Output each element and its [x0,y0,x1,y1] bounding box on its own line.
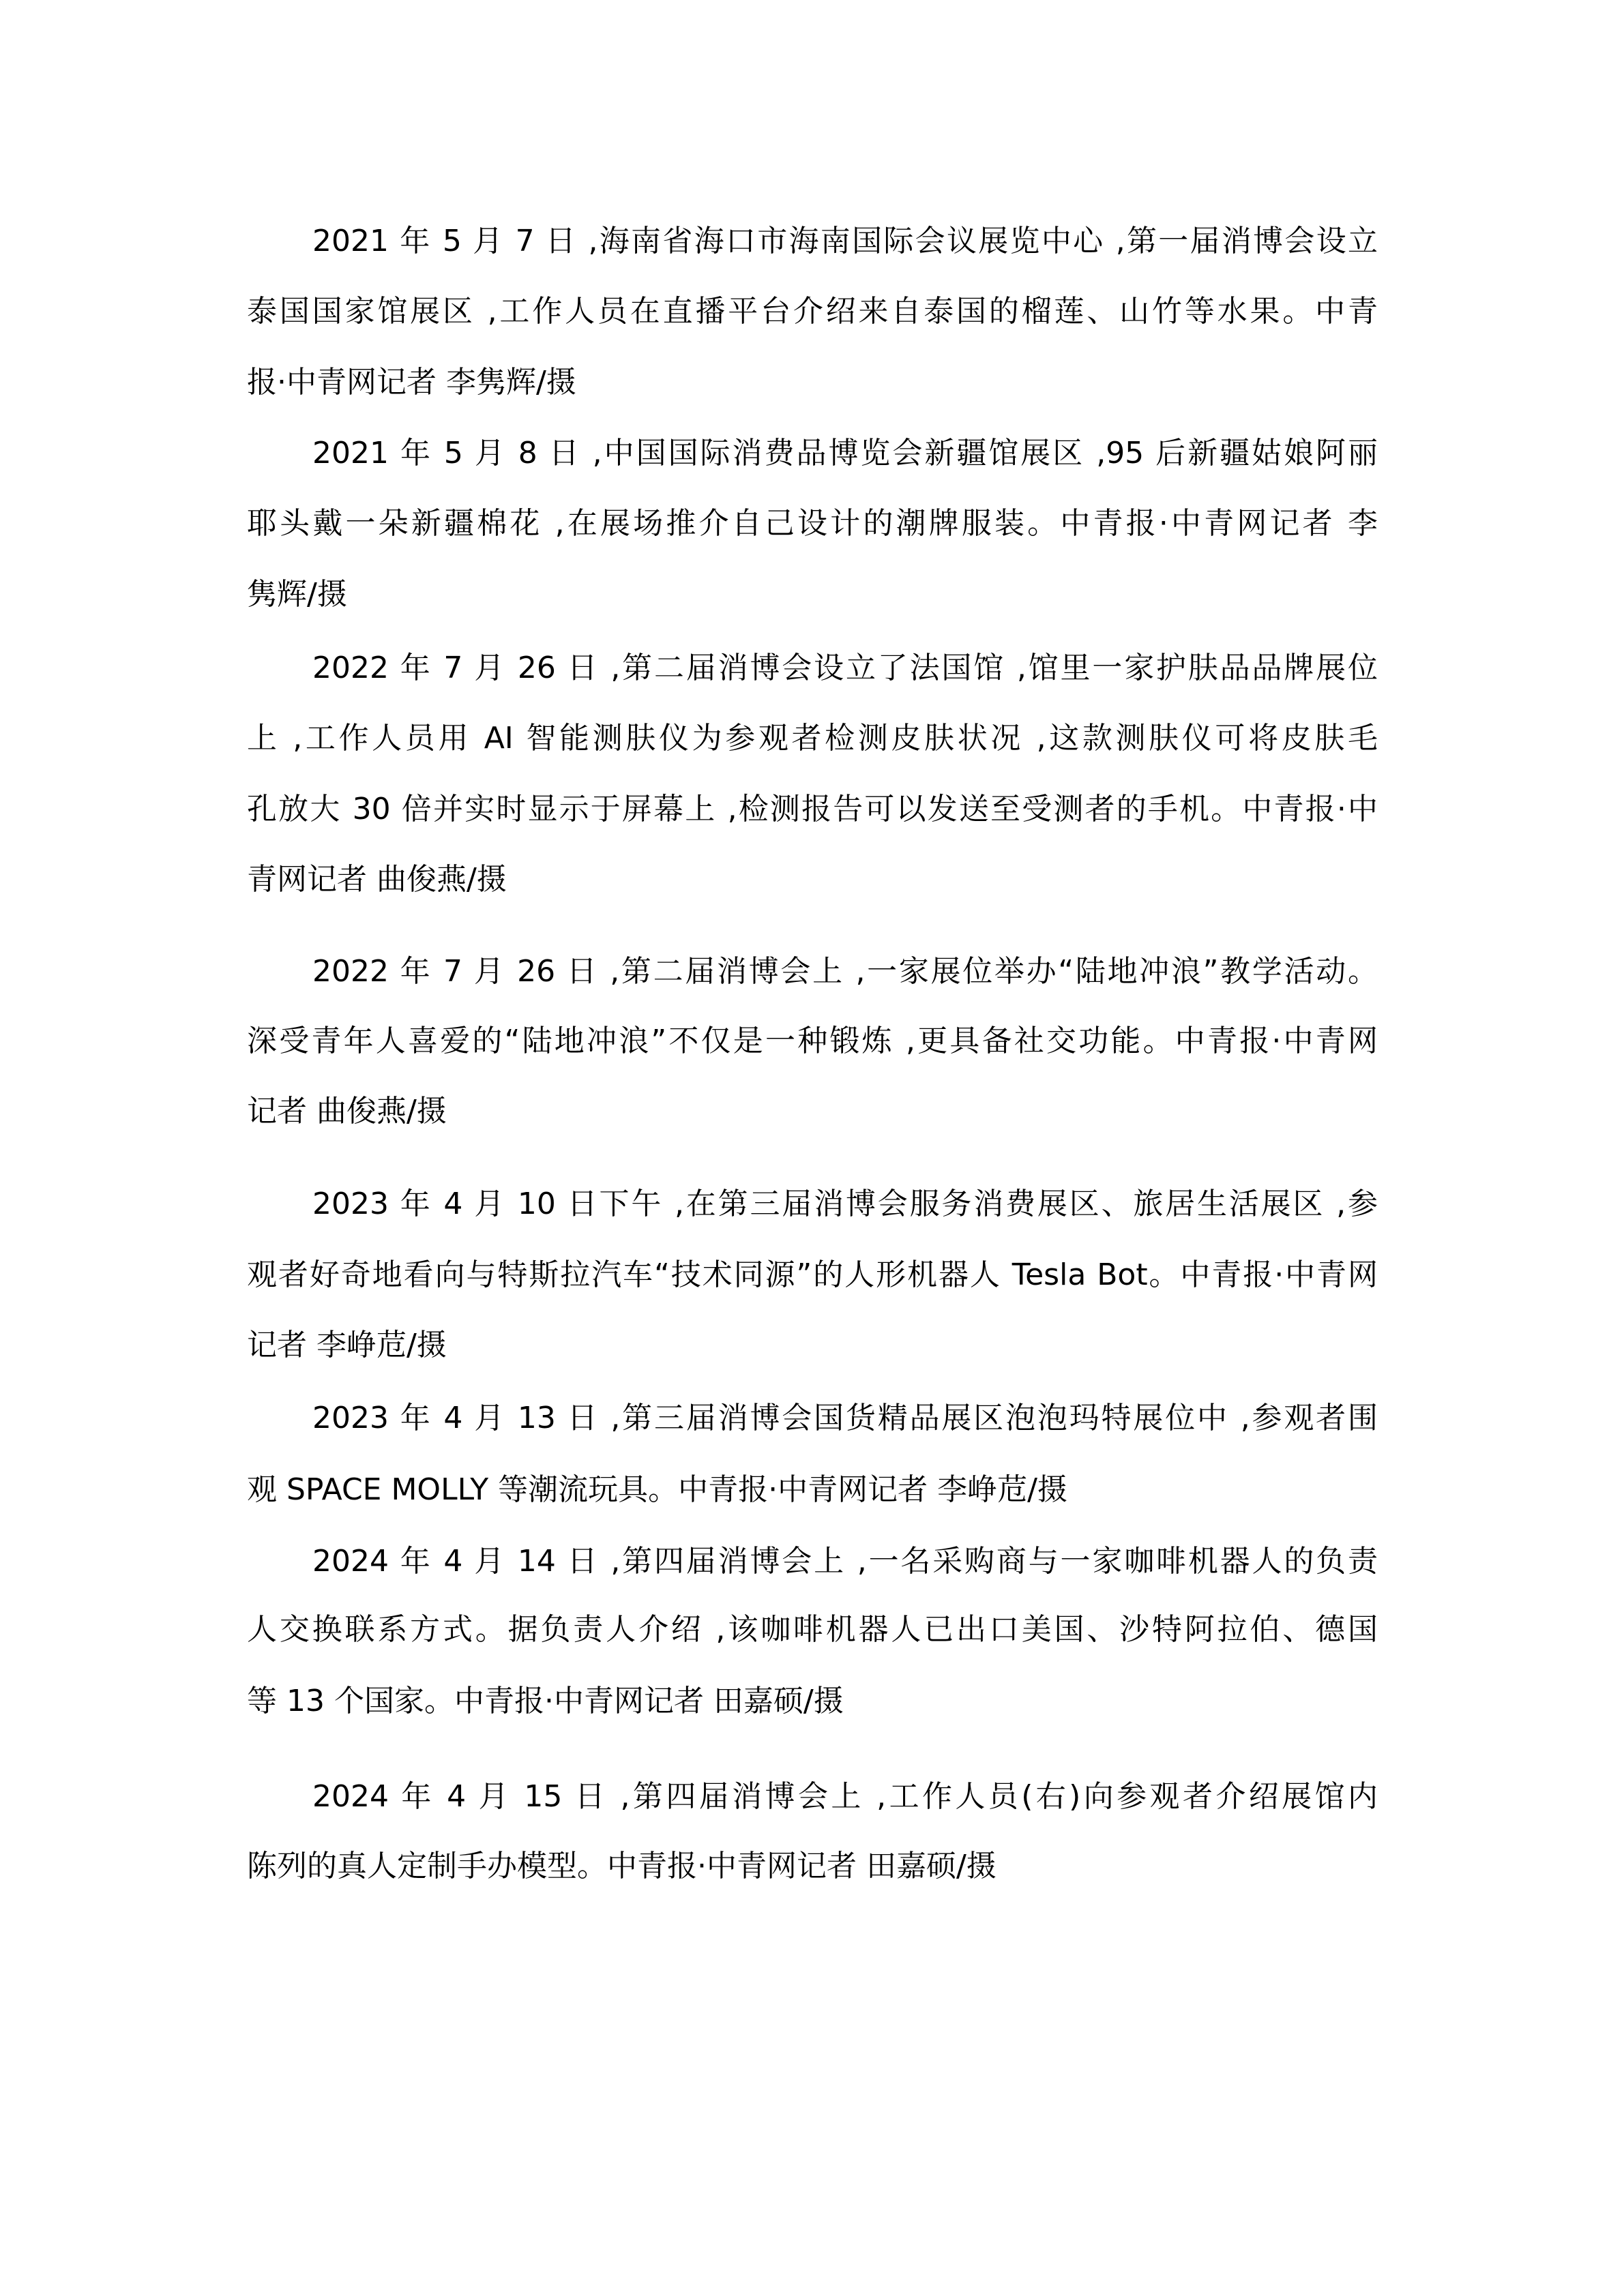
paragraph-line: 报·中青网记者 李隽辉/摄 [247,347,1378,418]
paragraph-line: 等 13 个国家。中青报·中青网记者 田嘉硕/摄 [247,1666,1378,1737]
paragraph-line: 泰国国家馆展区 ,工作人员在直播平台介绍来自泰国的榴莲、山竹等水果。中青 [247,276,1378,347]
paragraph-line: 2023 年 4 月 10 日下午 ,在第三届消博会服务消费展区、旅居生活展区 … [312,1169,1378,1240]
paragraph-line: 记者 李峥苊/摄 [247,1310,1378,1381]
paragraph-line: 2024 年 4 月 14 日 ,第四届消博会上 ,一名采购商与一家咖啡机器人的… [312,1526,1378,1597]
paragraph-line: 上 ,工作人员用 AI 智能测肤仪为参观者检测皮肤状况 ,这款测肤仪可将皮肤毛 [247,703,1378,774]
paragraph-line: 深受青年人喜爱的“陆地冲浪”不仅是一种锻炼 ,更具备社交功能。中青报·中青网 [247,1006,1378,1077]
paragraph-line: 孔放大 30 倍并实时显示于屏幕上 ,检测报告可以发送至受测者的手机。中青报·中 [247,774,1378,845]
paragraph-line: 陈列的真人定制手办模型。中青报·中青网记者 田嘉硕/摄 [247,1831,1378,1902]
paragraph-line: 隽辉/摄 [247,559,1378,630]
paragraph-line: 观 SPACE MOLLY 等潮流玩具。中青报·中青网记者 李峥苊/摄 [247,1455,1378,1525]
paragraph-line: 观者好奇地看向与特斯拉汽车“技术同源”的人形机器人 Tesla Bot。中青报·… [247,1240,1378,1311]
paragraph-line: 2022 年 7 月 26 日 ,第二届消博会上 ,一家展位举办“陆地冲浪”教学… [312,936,1378,1007]
paragraph-line: 记者 曲俊燕/摄 [247,1076,1378,1147]
paragraph-line: 2021 年 5 月 8 日 ,中国国际消费品博览会新疆馆展区 ,95 后新疆姑… [312,418,1378,489]
paragraph-line: 青网记者 曲俊燕/摄 [247,844,1378,915]
paragraph-line: 2021 年 5 月 7 日 ,海南省海口市海南国际会议展览中心 ,第一届消博会… [312,206,1378,277]
paragraph-line: 人交换联系方式。据负责人介绍 ,该咖啡机器人已出口美国、沙特阿拉伯、德国 [247,1594,1378,1665]
paragraph-line: 2024 年 4 月 15 日 ,第四届消博会上 ,工作人员(右)向参观者介绍展… [312,1761,1378,1832]
paragraph-line: 2023 年 4 月 13 日 ,第三届消博会国货精品展区泡泡玛特展位中 ,参观… [312,1383,1378,1454]
document-page: 2021 年 5 月 7 日 ,海南省海口市海南国际会议展览中心 ,第一届消博会… [0,0,1624,2296]
paragraph-line: 2022 年 7 月 26 日 ,第二届消博会设立了法国馆 ,馆里一家护肤品品牌… [312,633,1378,704]
paragraph-line: 耶头戴一朵新疆棉花 ,在展场推介自己设计的潮牌服装。中青报·中青网记者 李 [247,488,1378,559]
